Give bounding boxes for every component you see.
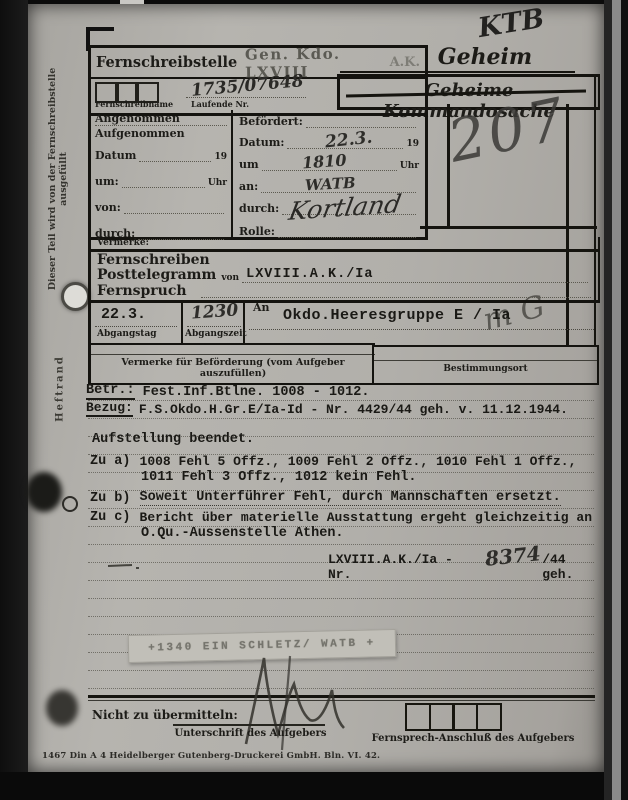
rec-uhr-label: Uhr [208, 178, 227, 188]
fwd-rolle-line [278, 224, 416, 238]
bezug-label: Bezug: [86, 400, 133, 417]
phone-box [476, 703, 502, 731]
routing-note-cell: Vermerke für Beförderung (vom Aufgeber a… [88, 343, 375, 385]
header-serial-row: 1735/07648 Fernschreibname Laufende Nr. [91, 79, 425, 111]
zu-b-label: Zu b) [90, 491, 131, 506]
punch-ring-small [62, 496, 78, 512]
ktb-annotation: KTB [476, 3, 546, 44]
fwd-title: Befördert: [239, 115, 303, 128]
ruled-line [88, 418, 594, 419]
betreff-line: Betr.: Fest.Inf.Btlne. 1008 - 1012. [86, 383, 369, 400]
rec-datum-line [139, 148, 211, 162]
bezug-line: Bezug: F.S.Okdo.H.Gr.E/Ia-Id - Nr. 4429/… [86, 400, 568, 417]
phone-label: Fernsprech-Anschluß des Aufgebers [358, 733, 588, 744]
columns-divider [231, 110, 233, 237]
geheim-label: Geheim [410, 44, 560, 70]
office-stamp-suffix: A.K. [390, 55, 420, 70]
forwarded-section: Befördert: Datum: 22.3. 19 um 1810 Uhr a… [239, 114, 419, 238]
fernschreibname-label: Fernschreibname [95, 99, 173, 109]
zu-b-text: Soweit Unterführer Fehl, durch Mannschaf… [140, 490, 561, 506]
rec-year-label: 19 [214, 152, 227, 162]
ruled-line [88, 616, 594, 617]
zu-c-line1: Zu c) Bericht über materielle Ausstattun… [90, 510, 592, 525]
fwd-um-label: um [239, 158, 259, 171]
margin-vertical-note: Dieser Teil wird von der Fernschreibstel… [47, 54, 69, 304]
reference-suffix: /44 geh. [542, 552, 604, 582]
right-zone-hline [420, 226, 597, 229]
destination-line [374, 360, 597, 361]
zu-c-text1: Bericht über materielle Ausstattung erge… [140, 510, 592, 525]
margin-heftrand-label: Heftrand [55, 349, 66, 429]
origin-value: LXVIII.A.K./Ia [246, 267, 373, 282]
zu-c-label: Zu c) [90, 510, 131, 525]
fernspruch-line [201, 297, 591, 298]
fernschreiben-label: Fernschreiben [97, 252, 210, 268]
routing-note-label: Vermerke für Beförderung (vom Aufgeber a… [91, 357, 375, 379]
bezug-text: F.S.Okdo.H.Gr.E/Ia-Id - Nr. 4429/44 geh.… [139, 402, 568, 417]
dispatch-day-value: 22.3. [101, 306, 146, 323]
phone-box [405, 703, 431, 731]
nicht-uebermitteln-label: Nicht zu übermitteln: [92, 708, 238, 722]
destination-box: Bestimmungsort [372, 345, 599, 385]
origin-line: LXVIII.A.K./Ia [242, 267, 588, 283]
fwd-durch-line: Kortland [282, 201, 416, 215]
rec-um-line [122, 174, 205, 188]
reference-line: LXVIII.A.K./Ia - Nr. 8374 /44 geh. [328, 544, 604, 582]
recipient-value: Okdo.Heeresgruppe E / Ia [283, 307, 511, 324]
phone-box [429, 703, 455, 731]
ruled-line [88, 508, 594, 509]
phone-boxes [405, 703, 502, 731]
vermerke-title: Vermerke: [97, 238, 149, 248]
signature-line [173, 724, 325, 726]
reference-number: 8374 [483, 541, 541, 571]
zu-a-label: Zu a) [90, 454, 131, 469]
ink-blot-left [26, 472, 62, 512]
pen-dash-mark [106, 560, 146, 572]
ruled-line [88, 598, 594, 599]
serial-dotted-line [186, 97, 306, 98]
reference-prefix: LXVIII.A.K./Ia - Nr. [328, 552, 483, 582]
zu-a-line1: Zu a) 1008 Fehl 5 Offz., 1009 Fehl 2 Off… [90, 454, 576, 469]
scan-edge-right [604, 0, 628, 800]
columns-box: Angenommen Aufgenommen Datum 19 um: Uhr … [88, 110, 428, 240]
abgangszeit-label: Abgangszeit [185, 329, 247, 339]
form-paper: Dieser Teil wird von der Fernschreibstel… [28, 4, 604, 772]
dispatch-time-value: 1230 [190, 300, 239, 323]
rec-von-line [124, 200, 224, 214]
fwd-datum-label: Datum: [239, 136, 284, 149]
rec-um-label: um: [95, 175, 119, 188]
scanned-document: { "colors": { "paper": "#b2b0ab", "ink":… [0, 0, 628, 800]
dispatch-row: 22.3. Abgangstag 1230 Abgangszeit An Okd… [88, 300, 598, 343]
fwd-an-label: an: [239, 180, 258, 193]
fwd-uhr-label: Uhr [400, 161, 419, 171]
vermerke-box: Vermerke: Fernschreiben Posttelegramm vo… [88, 237, 600, 303]
scan-edge-left [0, 0, 28, 800]
zu-a-line2: 1011 Fehl 3 Offz., 1012 kein Fehl. [141, 470, 416, 485]
fwd-um-value: 1810 [302, 150, 348, 172]
rec-datum-label: Datum [95, 149, 136, 162]
phone-box [452, 703, 478, 731]
received-section: Angenommen Aufgenommen Datum 19 um: Uhr … [95, 112, 227, 240]
fwd-datum-line: 22.3. [287, 135, 403, 149]
body-para1: Aufstellung beendet. [92, 432, 254, 447]
abgangstag-label: Abgangstag [97, 329, 157, 339]
fwd-title-line [306, 114, 416, 128]
destination-label: Bestimmungsort [374, 364, 597, 374]
fwd-um-line: 1810 [262, 157, 397, 171]
aufgenommen-label: Aufgenommen [95, 127, 227, 140]
dispatch-time-line [187, 326, 241, 327]
laufende-nr-label: Laufende Nr. [191, 99, 249, 109]
scan-edge-bottom [0, 772, 628, 800]
header-box: Fernschreibstelle Gen. Kdo. LXVIII A.K. … [88, 45, 428, 116]
zu-b-line: Zu b) Soweit Unterführer Fehl, durch Man… [90, 490, 561, 506]
dispatch-day-line [95, 326, 177, 327]
angenommen-label: Angenommen [95, 112, 227, 126]
fernspruch-label: Fernspruch [97, 283, 187, 299]
fwd-an-value: WATB [304, 174, 355, 195]
office-label: Fernschreibstelle [96, 54, 237, 71]
von-label: von [221, 273, 239, 283]
zu-a-text1: 1008 Fehl 5 Offz., 1009 Fehl 2 Offz., 10… [140, 454, 577, 469]
ink-blot-bottom-left [46, 690, 78, 726]
fwd-durch-label: durch: [239, 202, 279, 215]
fwd-datum-value: 22.3. [324, 128, 373, 153]
rec-von-label: von: [95, 201, 121, 214]
an-label: An [253, 301, 270, 314]
fwd-durch-signature: Kortland [287, 189, 404, 226]
signature-label: Unterschrift des Aufgebers [163, 728, 338, 739]
betreff-text: Fest.Inf.Btlne. 1008 - 1012. [143, 385, 370, 400]
dispatch-divider-1 [181, 300, 183, 343]
punch-hole [61, 282, 90, 311]
recipient-line [249, 329, 594, 330]
routing-note-line [91, 354, 375, 355]
posttelegramm-label: Posttelegramm [97, 267, 216, 283]
print-imprint: 1467 Din A 4 Heidelberger Gutenberg-Druc… [42, 751, 380, 761]
betreff-label: Betr.: [86, 383, 135, 400]
fwd-year-label: 19 [406, 139, 419, 149]
zu-c-line2: O.Qu.-Aussenstelle Athen. [141, 526, 344, 541]
